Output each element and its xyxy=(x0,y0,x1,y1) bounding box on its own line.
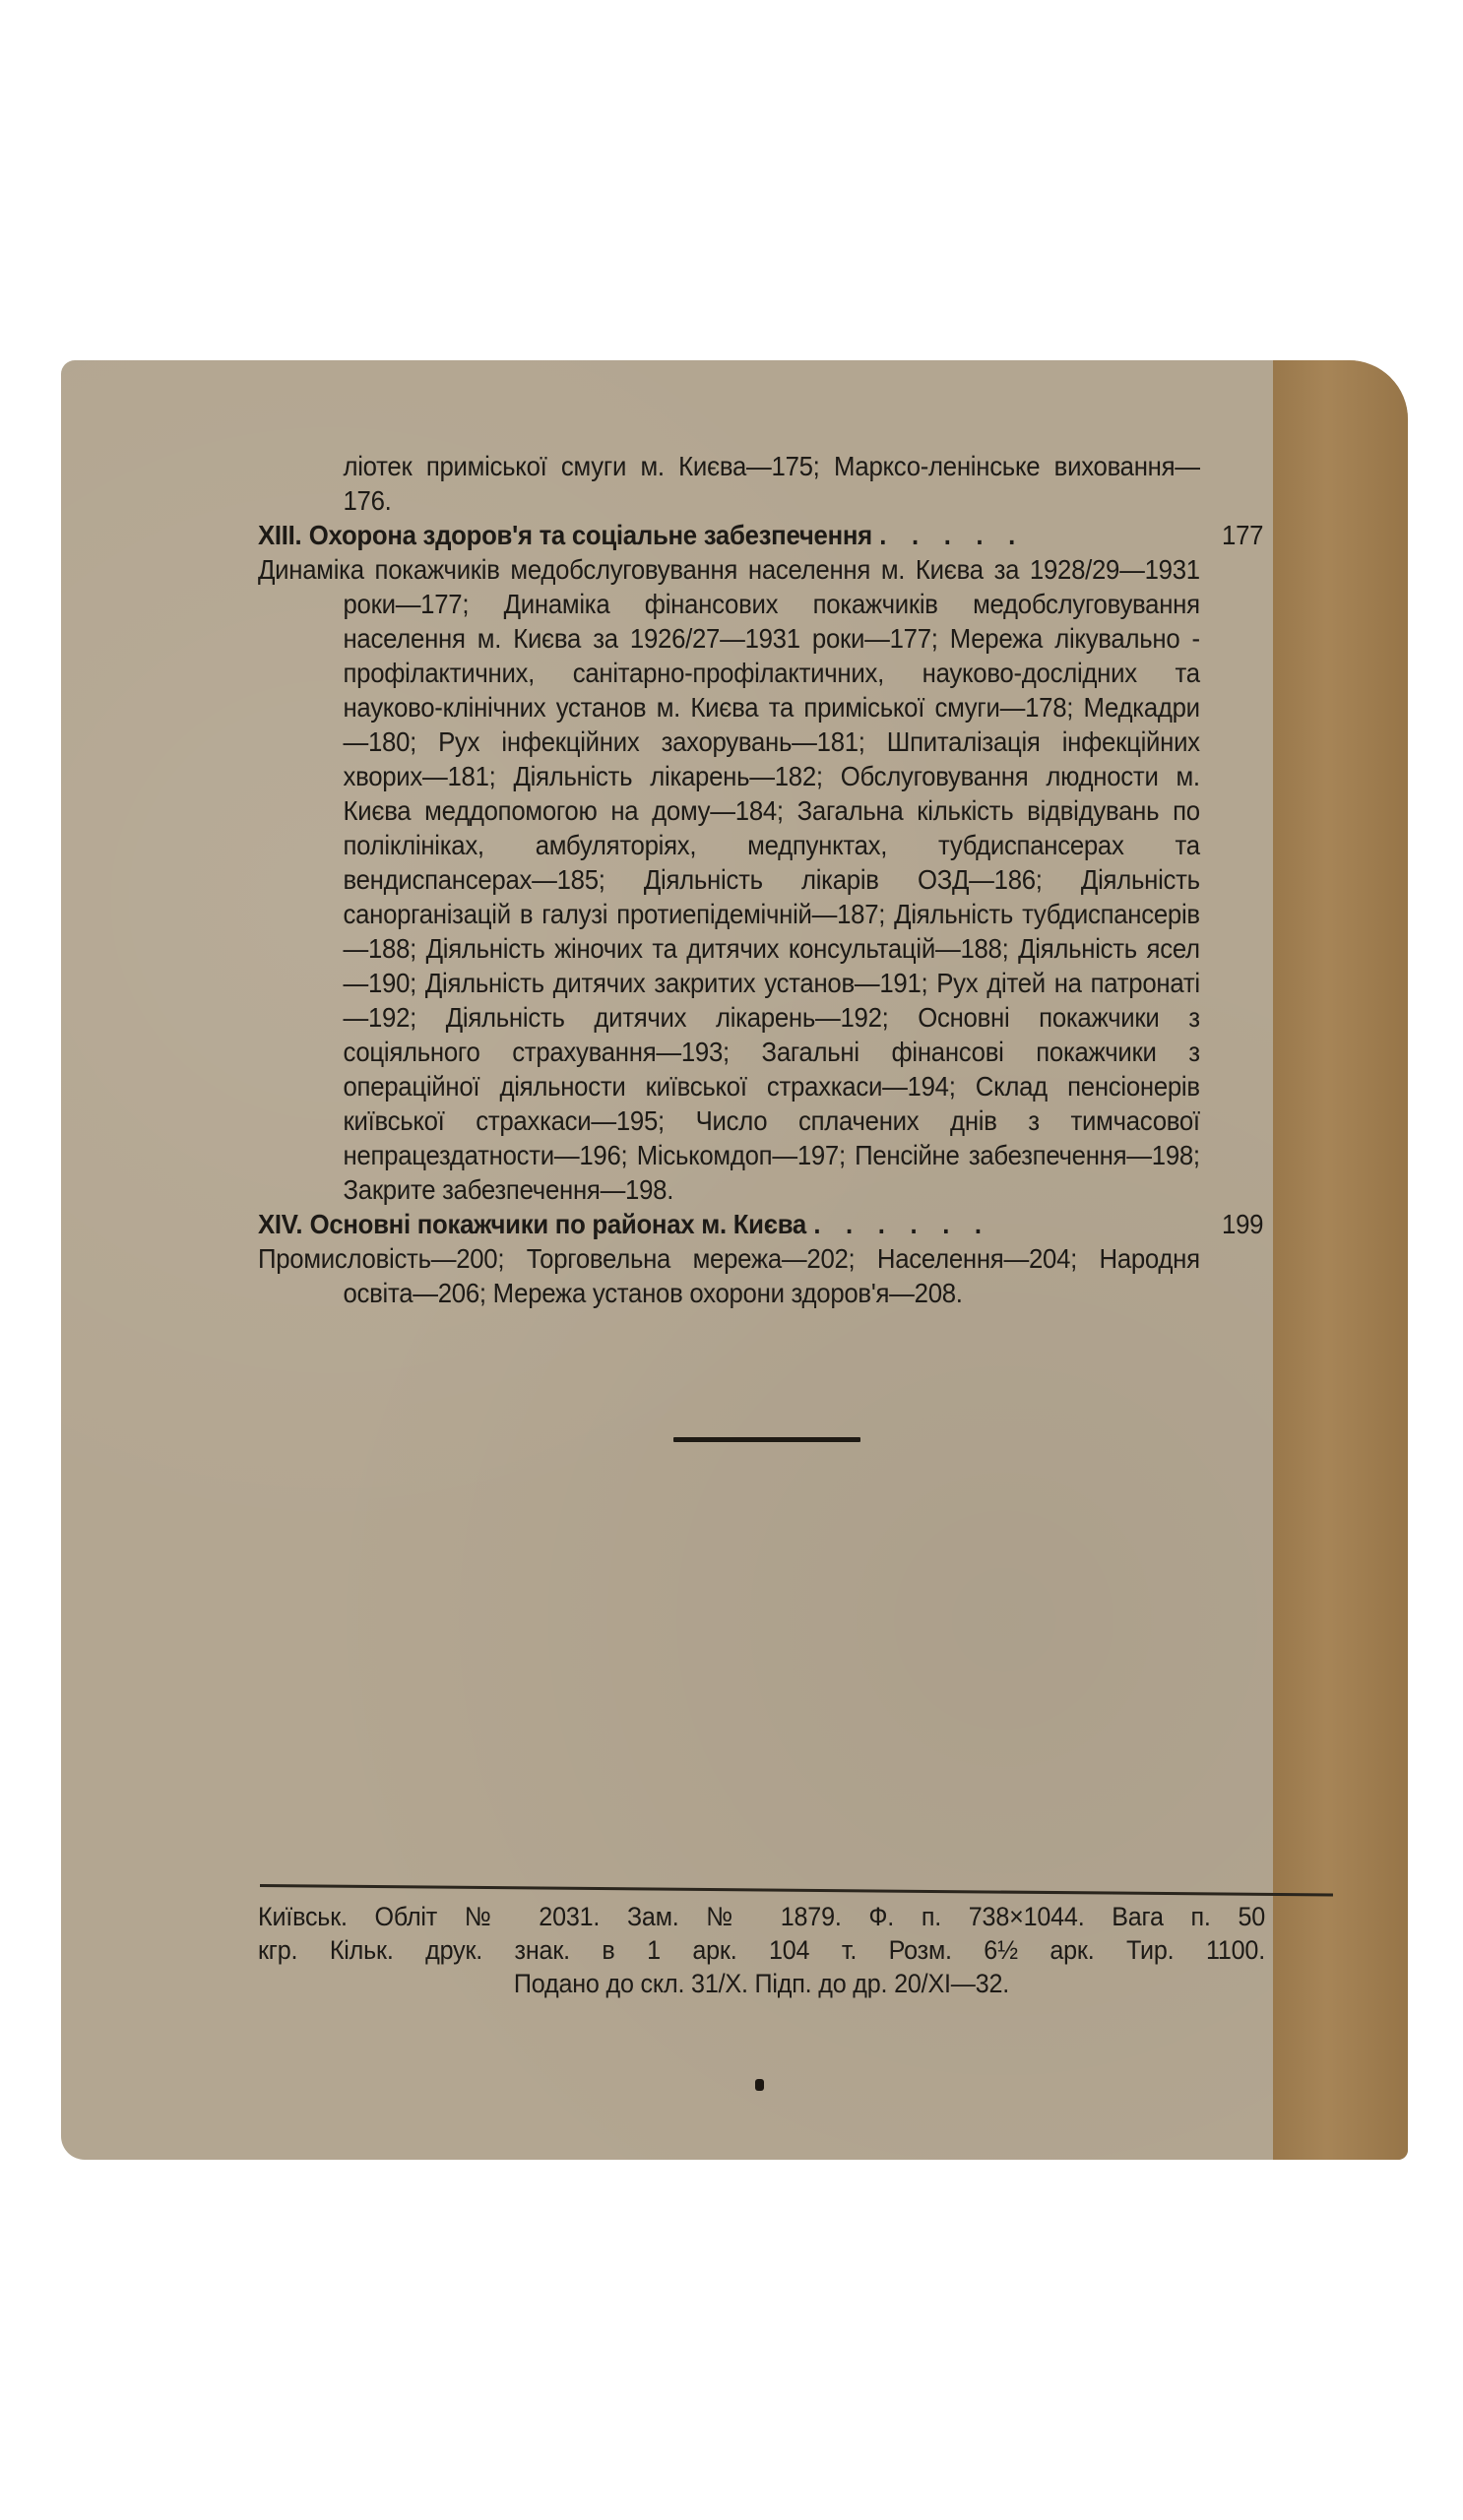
imprint-line-3: Подано до скл. 31/X. Підп. до др. 20/XI—… xyxy=(258,1967,1265,2000)
imprint-line-2: кгр. Кільк. друк. знак. в 1 арк. 104 т. … xyxy=(258,1933,1265,1967)
section-title: Охорона здоров'я та соціальне забезпечен… xyxy=(309,518,872,552)
dot-leader: . . . . . xyxy=(879,518,1214,552)
book-page: ліотек приміської смуги м. Києва—175; Ма… xyxy=(61,360,1408,2160)
section-number: XIV. xyxy=(258,1207,302,1241)
previous-section-continuation: ліотек приміської смуги м. Києва—175; Ма… xyxy=(258,449,1200,518)
section-title: Основні покажчики по районах м. Києва xyxy=(310,1207,806,1241)
section-number: XIII. xyxy=(258,518,301,552)
section-page-number: 177 xyxy=(1222,518,1263,552)
imprint-colophon: Київськ. Обліт № 2031. Зам. № 1879. Ф. п… xyxy=(258,1900,1265,2000)
section-page-number: 199 xyxy=(1222,1207,1263,1241)
table-of-contents: ліотек приміської смуги м. Києва—175; Ма… xyxy=(258,449,1200,1310)
dot-leader: . . . . . . xyxy=(813,1207,1214,1241)
paper-speck xyxy=(755,2079,764,2091)
toc-heading-xiv: XIV. Основні покажчики по районах м. Киє… xyxy=(258,1207,1263,1241)
end-rule xyxy=(673,1437,860,1442)
imprint-divider xyxy=(260,1884,1333,1897)
toc-heading-xiii: XIII. Охорона здоров'я та соціальне забе… xyxy=(258,518,1263,552)
section-entries-xiii: Динаміка покажчиків медобслуговування на… xyxy=(258,552,1200,1207)
aged-page-edge xyxy=(1273,360,1408,2160)
imprint-line-1: Київськ. Обліт № 2031. Зам. № 1879. Ф. п… xyxy=(258,1900,1265,1933)
section-entries-xiv: Промисловість—200; Торговельна мережа—20… xyxy=(258,1241,1200,1310)
